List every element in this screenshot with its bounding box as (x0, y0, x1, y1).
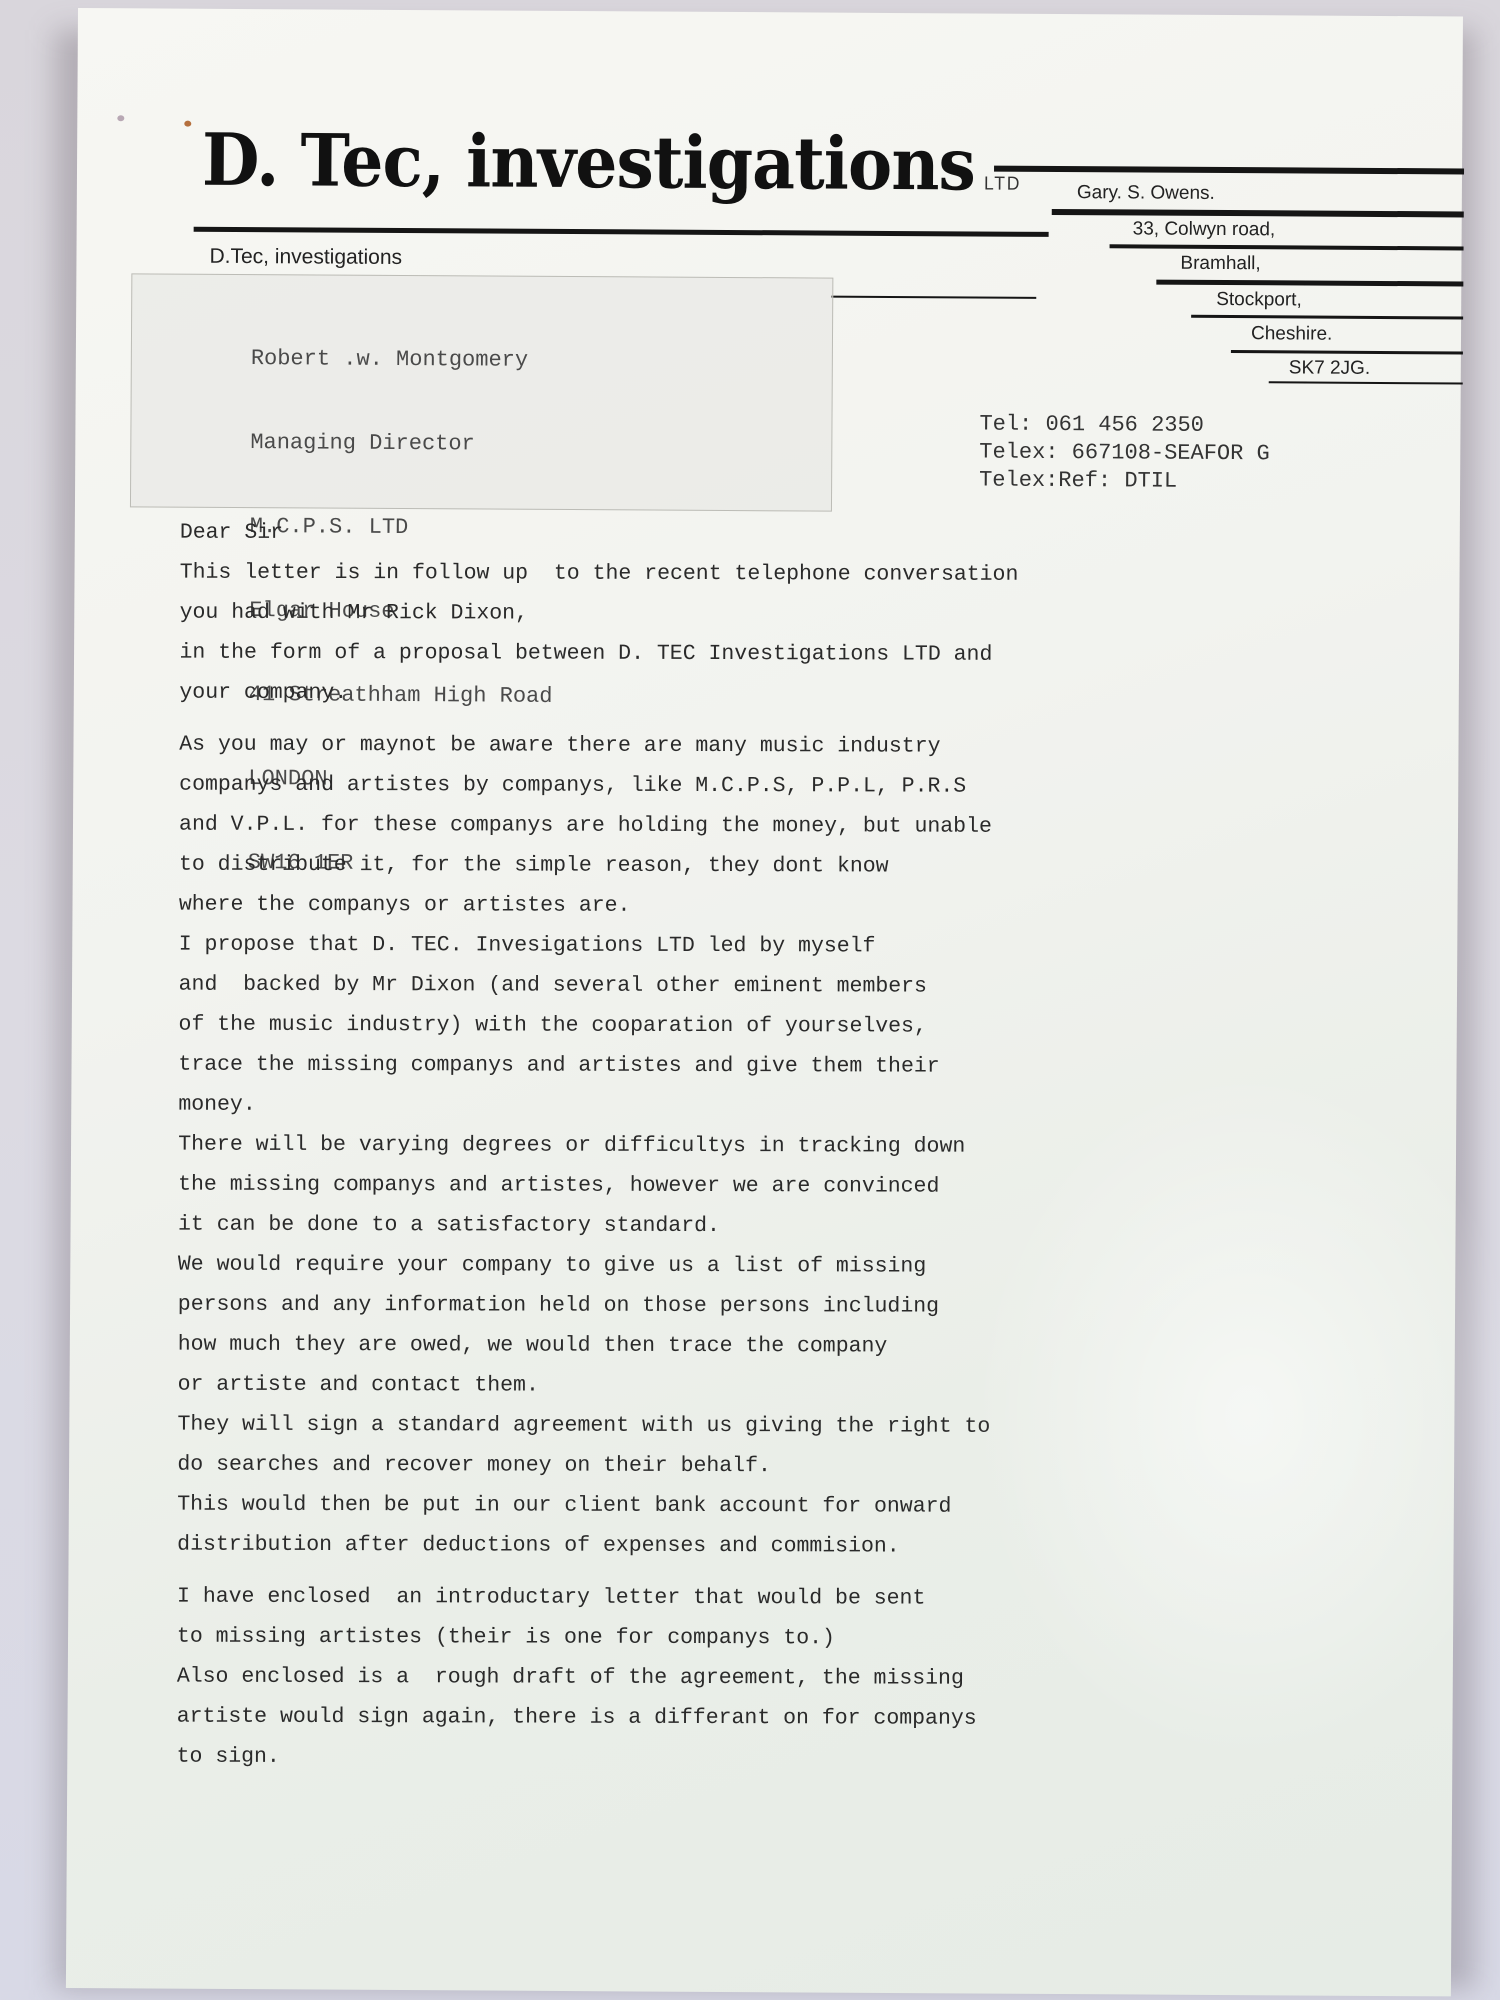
text-line: This would then be put in our client ban… (177, 1493, 1277, 1536)
text-line: distribution after deductions of expense… (177, 1533, 1277, 1576)
masthead-rule (1110, 244, 1464, 250)
punch-hole (117, 115, 124, 121)
sender-street: 33, Colwyn road, (1133, 218, 1462, 242)
text-line: Also enclosed is a rough draft of the ag… (177, 1665, 1277, 1708)
paragraph: I have enclosed an introductary letter t… (177, 1585, 1278, 1788)
company-suffix: LTD (984, 174, 1021, 195)
letter-page: D. Tec, investigationsLTD D.Tec, investi… (66, 8, 1463, 1996)
text-line: We would require your company to give us… (178, 1253, 1278, 1296)
contact-block: Tel: 061 456 2350 Telex: 667108-SEAFOR G… (979, 411, 1270, 497)
text-line: There will be varying degrees or difficu… (178, 1133, 1278, 1176)
sender-name: Gary. S. Owens. (1077, 182, 1462, 206)
telex-ref: Telex:Ref: DTIL (979, 467, 1270, 497)
paragraph: As you may or maynot be aware there are … (179, 733, 1280, 936)
text-line: companys and artistes by companys, like … (179, 773, 1279, 816)
text-line: As you may or maynot be aware there are … (179, 733, 1279, 776)
text-line: and backed by Mr Dixon (and several othe… (179, 973, 1279, 1016)
text-line: to distribute it, for the simple reason,… (179, 853, 1279, 896)
letter-body: Dear Sir This letter is in follow up to … (177, 521, 1280, 1788)
text-line: They will sign a standard agreement with… (177, 1413, 1277, 1456)
text-line: in the form of a proposal between D. TEC… (179, 641, 1279, 684)
masthead-rule (1156, 280, 1463, 287)
text-line: to missing artistes (their is one for co… (177, 1625, 1277, 1668)
text-line: persons and any information held on thos… (178, 1293, 1278, 1336)
text-line: of the music industry) with the cooparat… (178, 1013, 1278, 1056)
text-line: the missing companys and artistes, howev… (178, 1173, 1278, 1216)
telephone: Tel: 061 456 2350 (979, 411, 1270, 441)
paragraph: This letter is in follow up to the recen… (179, 561, 1279, 724)
text-line: you had with Mr Rick Dixon, (180, 601, 1280, 644)
masthead-rule (994, 166, 1464, 175)
text-line: how much they are owed, we would then tr… (178, 1333, 1278, 1376)
recipient-title: Managing Director (250, 429, 554, 459)
text-line: money. (178, 1093, 1278, 1136)
company-subname: D.Tec, investigations (209, 245, 402, 270)
text-line: I have enclosed an introductary letter t… (177, 1585, 1277, 1628)
masthead-logo: D. Tec, investigationsLTD (202, 117, 1022, 207)
sender-town: Bramhall, (1180, 253, 1461, 277)
text-line: do searches and recover money on their b… (177, 1453, 1277, 1496)
telex: Telex: 667108-SEAFOR G (979, 439, 1270, 469)
text-line: it can be done to a satisfactory standar… (178, 1213, 1278, 1256)
masthead-rule (1191, 315, 1463, 320)
text-line: and V.P.L. for these companys are holdin… (179, 813, 1279, 856)
paragraph: I propose that D. TEC. Invesigations LTD… (177, 933, 1279, 1576)
text-line: where the companys or artistes are. (179, 893, 1279, 936)
text-line: trace the missing companys and artistes … (178, 1053, 1278, 1096)
sender-postcode: SK7 2JG. (1289, 357, 1461, 380)
masthead-rule (1269, 381, 1463, 384)
salutation: Dear Sir (180, 521, 1280, 564)
company-name: D. Tec, investigations (202, 117, 975, 207)
text-line: or artiste and contact them. (178, 1373, 1278, 1416)
masthead-rule (831, 296, 1036, 299)
masthead-rule (1052, 209, 1464, 218)
masthead-rule (1231, 350, 1463, 354)
sender-city: Stockport, (1216, 289, 1461, 312)
text-line: to sign. (177, 1745, 1277, 1788)
punch-hole (184, 121, 191, 127)
text-line: artiste would sign again, there is a dif… (177, 1705, 1277, 1748)
text-line: This letter is in follow up to the recen… (180, 561, 1280, 604)
text-line: I propose that D. TEC. Invesigations LTD… (179, 933, 1279, 976)
recipient-name: Robert .w. Montgomery (251, 345, 555, 375)
text-line: your company. (179, 681, 1279, 724)
masthead-rule (194, 227, 1049, 237)
sender-county: Cheshire. (1251, 323, 1461, 346)
